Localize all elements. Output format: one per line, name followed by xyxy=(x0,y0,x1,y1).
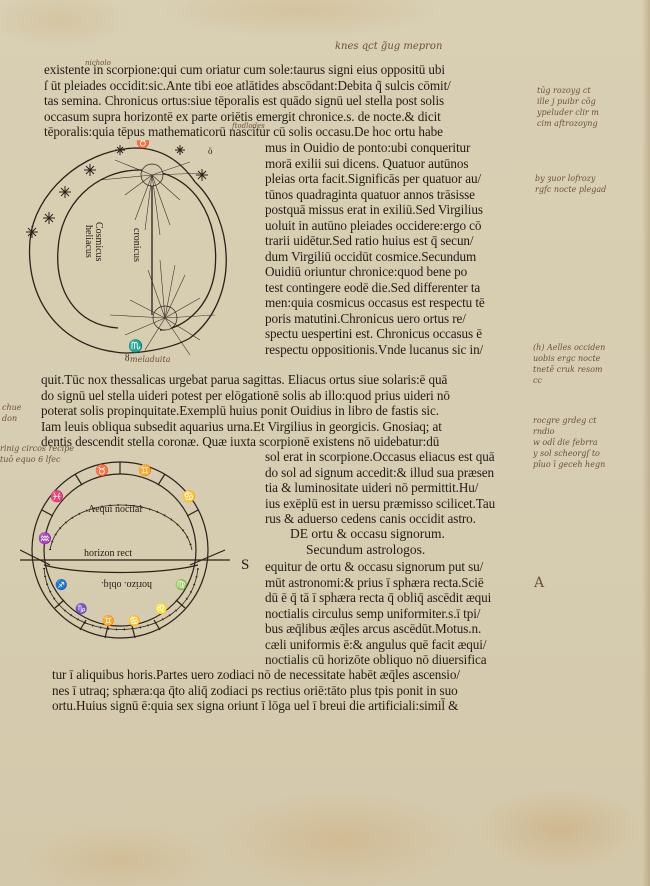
margin-note-left-1: chue don xyxy=(2,402,22,424)
text-block-4: sol erat in scorpione.Occasus eliacus es… xyxy=(265,449,495,527)
text-line: Iam leuis obliqua subsedit aquarius urna… xyxy=(41,419,450,435)
margin-note-right-4: rocgre grdeg ct rndio w odī die febrra y… xyxy=(533,415,605,470)
margin-note-right-1: tūg rozoyg ct ille j puibr cōg ypeluder … xyxy=(537,85,599,129)
sphere-woodcut: ♉ ♊ ♋ ♓ ♒ ♐ ♑ ♊ ♋ ♌ ♍ Aequi noctial hori… xyxy=(20,450,250,650)
page-edge-shadow xyxy=(642,0,650,886)
text-line: spectu uespertini est. Chronicus occasus… xyxy=(265,326,485,342)
zodiac-sign: ♑ xyxy=(75,602,87,615)
zodiac-sign: ♋ xyxy=(182,490,196,503)
section-heading: DE ortu & occasu signorum. xyxy=(290,526,445,542)
label-aequinoctial: Aequi noctial xyxy=(88,504,142,515)
text-line: rus & aduerso cedens canis occidit astro… xyxy=(265,511,495,527)
zodiac-sign: ♐ xyxy=(55,578,67,591)
text-line: sol erat in scorpione.Occasus eliacus es… xyxy=(265,449,495,465)
risings-woodcut: Cosmicus heliacus cronicus ♉ ♏ ȣ ö xyxy=(20,140,250,375)
label-horizon-rect: horizon rect xyxy=(84,548,132,559)
text-line: Ouidiū oriuntur chronice:quod bene po xyxy=(265,264,485,280)
text-block-2: mus in Ouidio de ponto:ubi conqueritur m… xyxy=(265,140,485,357)
diagram-sphere: ♉ ♊ ♋ ♓ ♒ ♐ ♑ ♊ ♋ ♌ ♍ Aequi noctial hori… xyxy=(20,450,250,650)
text-block-3: quit.Tūc nox thessalicas urgebat parua s… xyxy=(41,372,450,450)
text-line: noctialis cū horizōte obliquo nō diuersi… xyxy=(265,652,491,668)
svg-text:ö: ö xyxy=(208,146,213,156)
label-heliacus: heliacus xyxy=(83,225,94,258)
text-line: tur ī aliquibus horis.Partes uero zodiac… xyxy=(52,667,460,683)
zodiac-sign: ♊ xyxy=(102,614,114,627)
text-line: uoluit in autūno pleiades occidere:ergo … xyxy=(265,218,485,234)
zodiac-sign: ♋ xyxy=(128,614,140,627)
text-line: dentis descendit stella coronæ. Quæ iuxt… xyxy=(41,434,450,450)
text-line: morā exilii sui dicens. Quatuor autūnos xyxy=(265,156,485,172)
text-line: tas semina. Chronicus ortus:siue tēporal… xyxy=(44,93,451,109)
diagram-risings: Cosmicus heliacus cronicus ♉ ♏ ȣ ö xyxy=(20,140,250,375)
zodiac-sign: ♍ xyxy=(175,578,187,591)
text-line: trarii uidētur.Sed ratio huius est q̄ se… xyxy=(265,233,485,249)
section-subheading: Secundum astrologos. xyxy=(306,542,425,558)
text-line: noctialis circulus semp uniformiter.s.ī … xyxy=(265,606,491,622)
zodiac-sign: ♉ xyxy=(95,464,109,477)
top-annotation: knes ɋct g̃ug mepron xyxy=(335,41,442,52)
text-block-6: tur ī aliquibus horis.Partes uero zodiac… xyxy=(52,667,460,714)
text-line: equitur de ortu & occasu signorum put su… xyxy=(265,559,491,575)
text-line: respectu oppositionis.Vnde lucanus sic i… xyxy=(265,342,485,358)
text-line: test contingere eodē die.Sed differenter… xyxy=(265,280,485,296)
text-line: postquā missus erat in exiliū.Sed Virgil… xyxy=(265,202,485,218)
sign-top: ♉ xyxy=(136,140,150,149)
text-line: do signū uel stella uideri potest per el… xyxy=(41,388,450,404)
text-line: ſ ūt pleiades occidit:sic.Ante tibi eoe … xyxy=(44,78,451,94)
text-line: dū ē q̄ tā ī sphæra recta q̄ obliq̄ ascē… xyxy=(265,590,491,606)
text-line: poris matutini.Chronicus uero ortus re/ xyxy=(265,311,485,327)
text-line: ius exēplū est in uersu præmisso scilice… xyxy=(265,496,495,512)
label-cronicus: cronicus xyxy=(131,228,142,262)
text-line: bus æq̄libus æq̄les arcus ascēdūt.Motus.… xyxy=(265,621,491,637)
text-line: pleias orta facit.Significās per quatuor… xyxy=(265,171,485,187)
text-line: nes ī utraq; sphæra:qa q̄to aliq̄ zodiac… xyxy=(52,683,460,699)
sign-scorpio: ♏ xyxy=(128,339,143,353)
text-line: mūt astronomi:& prius ī sphæra recta.Sci… xyxy=(265,575,491,591)
inline-annotation: meladuita xyxy=(130,354,170,365)
text-line: dum Virgiliū occidūt cosmice.Secundum xyxy=(265,249,485,265)
margin-note-right-2: by ȝuor lofrozy rgfc nocte plegad xyxy=(535,173,606,195)
text-line: cæli uniformis ē:& angulus quē facit æqu… xyxy=(265,637,491,653)
zodiac-sign: ♒ xyxy=(38,532,52,545)
margin-note-right-3: (h) Aelles occiden uobis ergc nocte tnet… xyxy=(533,342,605,386)
margin-note-right-5: A xyxy=(534,578,544,589)
inline-annotation: nicholo xyxy=(85,58,111,69)
text-line: tūnos quadraginta quatuor annos trāsisse xyxy=(265,187,485,203)
zodiac-sign: ♓ xyxy=(50,490,64,503)
margin-note-left-2: rinig circos recipe tuō equo 6 lfec xyxy=(0,443,74,465)
text-line: mus in Ouidio de ponto:ubi conqueritur xyxy=(265,140,485,156)
text-line: ortu.Huius signū ē:quia sex signa oriunt… xyxy=(52,698,460,714)
text-line: men:quia cosmicus occasus est respectu t… xyxy=(265,295,485,311)
label-horizon-obliq: horizo. oblq. xyxy=(101,579,152,590)
text-line: poterat solis propinquitate.Exemplū huiu… xyxy=(41,403,450,419)
zodiac-sign: ♊ xyxy=(138,464,152,477)
inline-annotation: ftodlodes xyxy=(232,121,265,132)
zodiac-sign: ♌ xyxy=(155,602,167,615)
text-block-5: equitur de ortu & occasu signorum put su… xyxy=(265,559,491,668)
text-line: do sol ad signum accedit:& illud sua præ… xyxy=(265,465,495,481)
text-line: tia & luminositate uideri nō permittit.H… xyxy=(265,480,495,496)
